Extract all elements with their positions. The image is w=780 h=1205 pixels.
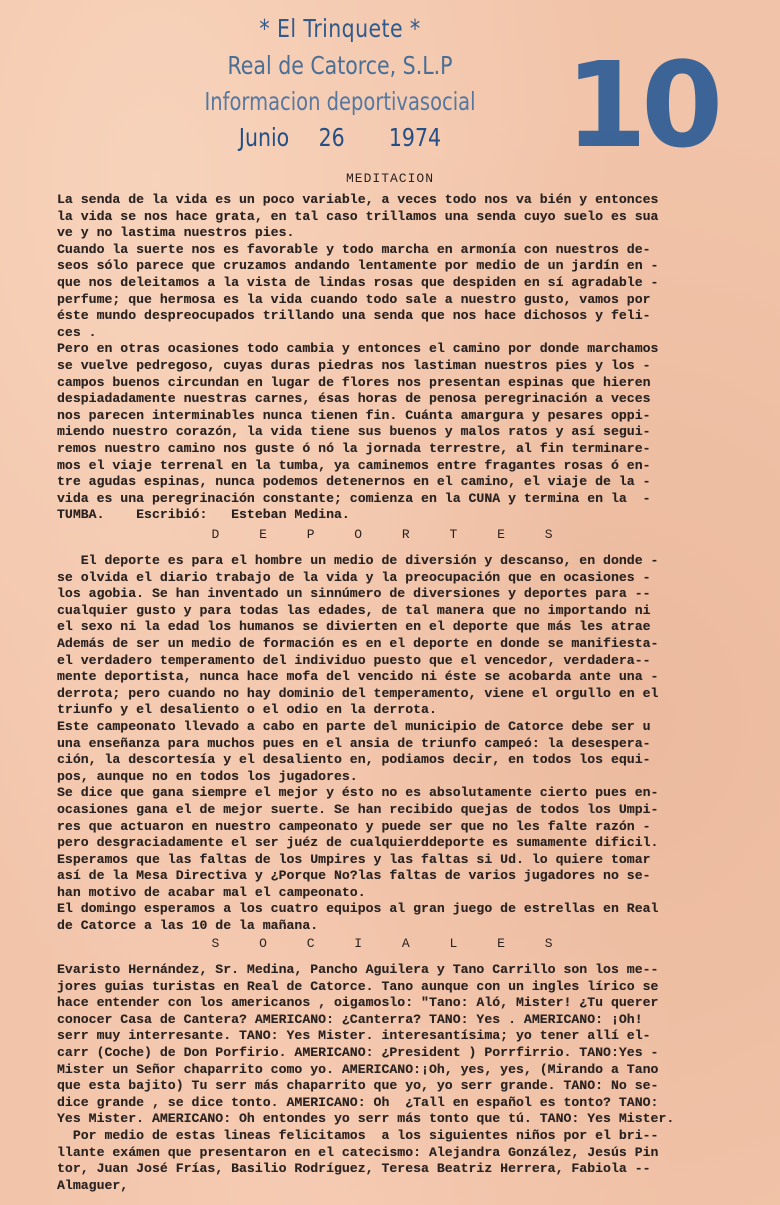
text-line: el sexo ni la edad los humanos se divier… <box>57 619 769 636</box>
deportes-body: El deporte es para el hombre un medio de… <box>57 553 769 935</box>
text-line: miendo nuestro corazón, la vida tiene su… <box>57 424 769 441</box>
text-line: dice grande , se dice tonto. AMERICANO: … <box>57 1095 769 1112</box>
text-line: Almaguer, <box>57 1178 769 1195</box>
text-line: Evaristo Hernández, Sr. Medina, Pancho A… <box>57 962 769 979</box>
text-line: vida es una peregrinación constante; com… <box>57 491 769 508</box>
text-line: Se dice que gana siempre el mejor y ésto… <box>57 785 769 802</box>
text-line: TUMBA. Escribió: Esteban Medina. <box>57 507 769 524</box>
text-line: hace entender con los americanos , oigam… <box>57 995 769 1012</box>
text-line: Esperamos que las faltas de los Umpires … <box>57 852 769 869</box>
text-line: Pero en otras ocasiones todo cambia y en… <box>57 341 769 358</box>
text-line: conocer Casa de Cantera? AMERICANO: ¿Can… <box>57 1012 769 1029</box>
text-line: llante exámen que presentaron en el cate… <box>57 1145 769 1162</box>
section-title-deportes: D E P O R T E S <box>0 527 780 542</box>
text-line: El deporte es para el hombre un medio de… <box>57 553 769 570</box>
text-line: que nos deleitamos a la vista de lindas … <box>57 275 769 292</box>
text-line: Por medio de estas lineas felicitamos a … <box>57 1128 769 1145</box>
masthead: * El Trinquete * Real de Catorce, S.L.P … <box>140 10 540 156</box>
text-line: la vida se nos hace grata, en tal caso t… <box>57 209 769 226</box>
text-line: Cuando la suerte nos es favorable y todo… <box>57 242 769 259</box>
subtitle-line: Informacion deportivasocial <box>184 84 496 120</box>
text-line: res que actuaron en nuestro campeonato y… <box>57 819 769 836</box>
newsletter-header: * El Trinquete * Real de Catorce, S.L.P … <box>0 0 780 175</box>
text-line: una enseñanza para muchos pues en el ans… <box>57 736 769 753</box>
text-line: Además de ser un medio de formación es e… <box>57 636 769 653</box>
text-line: tre agudas espinas, nunca podemos detene… <box>57 474 769 491</box>
text-line: así de la Mesa Directiva y ¿Porque No?la… <box>57 868 769 885</box>
text-line: Yes Mister. AMERICANO: Oh entondes yo se… <box>57 1111 769 1128</box>
text-line: ocasiones gana el de mejor suerte. Se ha… <box>57 802 769 819</box>
text-line: el verdadero temperamento del individuo … <box>57 653 769 670</box>
text-line: mente deportista, nunca hace mofa del ve… <box>57 669 769 686</box>
text-line: Este campeonato llevado a cabo en parte … <box>57 719 769 736</box>
text-line: han motivo de acabar mal el campeonato. <box>57 885 769 902</box>
text-line: nos parecen interminables nunca tienen f… <box>57 408 769 425</box>
section-title-sociales: S O C I A L E S <box>0 936 780 951</box>
meditacion-body: La senda de la vida es un poco variable,… <box>57 192 769 524</box>
text-line: carr (Coche) de Don Porfirio. AMERICANO:… <box>57 1045 769 1062</box>
text-line: de Catorce a las 10 de la mañana. <box>57 918 769 935</box>
text-line: se vuelve pedregoso, cuyas duras piedras… <box>57 358 769 375</box>
text-line: ces . <box>57 325 769 342</box>
text-line: que esta bajito) Tu serr más chaparrito … <box>57 1078 769 1095</box>
text-line: campos buenos circundan en lugar de flor… <box>57 375 769 392</box>
sociales-body: Evaristo Hernández, Sr. Medina, Pancho A… <box>57 962 769 1194</box>
text-line: Mister un Señor chaparrito como yo. AMER… <box>57 1062 769 1079</box>
text-line: pos, aunque no en todos los jugadores. <box>57 769 769 786</box>
text-line: pero desgraciadamente el ser juéz de cua… <box>57 835 769 852</box>
text-line: los agobia. Se han inventado un sinnúmer… <box>57 586 769 603</box>
section-title-meditacion: MEDITACION <box>0 171 780 186</box>
text-line: cualquier gusto y para todas las edades,… <box>57 603 769 620</box>
text-line: jores guias turistas en Real de Catorce.… <box>57 979 769 996</box>
newsletter-title: * El Trinquete * <box>176 10 504 48</box>
text-line: El domingo esperamos a los cuatro equipo… <box>57 901 769 918</box>
text-line: La senda de la vida es un poco variable,… <box>57 192 769 209</box>
text-line: ve y no lastima nuestros pies. <box>57 225 769 242</box>
text-line: perfume; que hermosa es la vida cuando t… <box>57 292 769 309</box>
issue-number: 10 <box>565 55 717 155</box>
text-line: seos sólo parece que cruzamos andando le… <box>57 258 769 275</box>
text-line: éste mundo despreocupados trillando una … <box>57 308 769 325</box>
date-line: Junio 26 1974 <box>176 120 504 156</box>
text-line: se olvida el diario trabajo de la vida y… <box>57 570 769 587</box>
text-line: triunfo y el desaliento o el odio en la … <box>57 702 769 719</box>
text-line: ción, la descortesía y el desaliento en,… <box>57 752 769 769</box>
text-line: derrota; pero cuando no hay dominio del … <box>57 686 769 703</box>
text-line: mos el viaje terrenal en la tumba, ya ca… <box>57 458 769 475</box>
text-line: tor, Juan José Frías, Basilio Rodríguez,… <box>57 1161 769 1178</box>
text-line: serr muy interresante. TANO: Yes Mister.… <box>57 1028 769 1045</box>
location-line: Real de Catorce, S.L.P <box>176 48 504 84</box>
text-line: despiadadamente nuestras carnes, ésas ho… <box>57 391 769 408</box>
text-line: remos nuestro camino nos guste ó nó la j… <box>57 441 769 458</box>
